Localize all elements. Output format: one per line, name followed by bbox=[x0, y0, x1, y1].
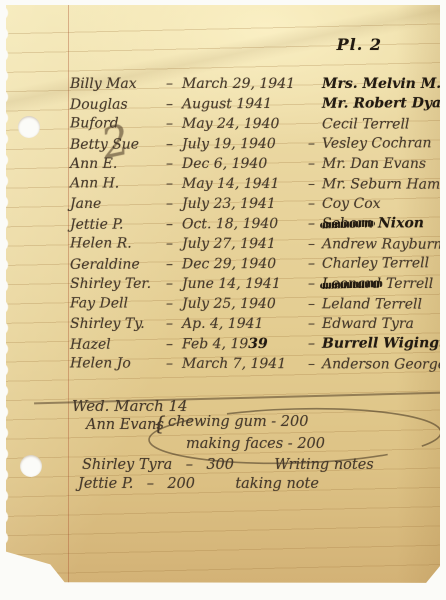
partner-name: Cecil Terrell bbox=[322, 116, 440, 132]
roster-row: Fay Dell–July 25, 1940–Leland Terrell bbox=[70, 295, 440, 316]
dash: – bbox=[308, 196, 322, 212]
demerit-count: 200 bbox=[167, 476, 225, 492]
roster-row: Buford–May 24, 1940Cecil Terrell bbox=[70, 115, 440, 136]
student-name: Buford bbox=[70, 115, 166, 131]
footer-row: Shirley Tyra–300Writing notes bbox=[82, 457, 374, 473]
demerit-note: Writing notes bbox=[274, 457, 373, 473]
student-name: Fay Dell bbox=[70, 295, 166, 311]
student-name: Billy Max bbox=[70, 76, 166, 92]
date: Oct. 18, 1940 bbox=[182, 216, 308, 233]
dash: – bbox=[308, 176, 322, 192]
date: May 14, 1941 bbox=[182, 176, 308, 192]
punch-hole bbox=[18, 116, 40, 138]
roster-row: Douglas–August 1941Mr. Robert Dyar bbox=[70, 95, 440, 117]
roster-row: Helen Jo–March 7, 1941–Anderson George bbox=[70, 355, 440, 376]
date: Dec 6, 1940 bbox=[182, 156, 308, 172]
student-name: Helen R. bbox=[70, 235, 166, 251]
demerit-item: chewing gum - 200 bbox=[168, 414, 308, 430]
dash: – bbox=[166, 136, 182, 152]
footer-student-name: Shirley Tyra bbox=[82, 457, 172, 473]
student-name: Douglas bbox=[70, 96, 166, 112]
dash: – bbox=[308, 156, 322, 172]
dash: – bbox=[172, 457, 206, 473]
student-name: Jettie P. bbox=[70, 216, 166, 232]
margin-line bbox=[68, 5, 69, 584]
dash: – bbox=[308, 296, 322, 312]
student-name: Jane bbox=[70, 196, 166, 212]
partner-name: Vesley Cochran bbox=[322, 135, 440, 152]
dash: – bbox=[133, 476, 167, 492]
roster-row: Geraldine–Dec 29, 1940–Charley Terrell bbox=[70, 255, 440, 277]
dash: – bbox=[166, 336, 182, 352]
footer-date-heading: Wed. March 14 bbox=[72, 397, 188, 415]
roster-row: Jettie P.–Oct. 18, 1940–SebornNixon bbox=[70, 215, 440, 237]
dash: – bbox=[308, 236, 322, 252]
dash: – bbox=[166, 296, 182, 312]
dash: – bbox=[166, 76, 182, 92]
dash: – bbox=[308, 356, 322, 372]
dash: – bbox=[166, 316, 182, 332]
page-label: Pl. 2 bbox=[337, 35, 382, 54]
dash: – bbox=[166, 176, 182, 192]
dash: – bbox=[166, 196, 182, 212]
partner-name: Mrs. Melvin M. Anglin bbox=[322, 76, 446, 92]
dash: – bbox=[166, 156, 182, 172]
date: July 23, 1941 bbox=[182, 196, 308, 212]
student-name: Ann E. bbox=[70, 156, 166, 172]
dash: – bbox=[308, 136, 322, 152]
partner-name: Charley Terrell bbox=[322, 255, 440, 272]
demerit-count: 300 bbox=[206, 457, 264, 473]
roster-row: Hazel–Feb 4, 1939–Burrell Wigington bbox=[70, 335, 440, 357]
partner-name: SebornNixon bbox=[322, 215, 440, 232]
dash: – bbox=[166, 216, 182, 232]
roster-row: Betty Sue–July 19, 1940–Vesley Cochran bbox=[70, 135, 440, 157]
dash: – bbox=[166, 356, 182, 372]
date: Feb 4, 1939 bbox=[182, 336, 308, 353]
roster-row: Shirley Ter.–June 14, 1941–LeonardTerrel… bbox=[70, 276, 440, 296]
dash: – bbox=[308, 256, 322, 272]
student-name: Helen Jo bbox=[70, 355, 166, 371]
dash: – bbox=[166, 96, 182, 112]
student-name: Hazel bbox=[70, 336, 166, 352]
scanned-page: 2 Pl. 2 Billy Max–March 29, 1941Mrs. Mel… bbox=[0, 0, 446, 600]
partner-roster: Billy Max–March 29, 1941Mrs. Melvin M. A… bbox=[70, 76, 440, 376]
dash: – bbox=[166, 116, 182, 132]
roster-row: Helen R.–July 27, 1941–Andrew Rayburn bbox=[70, 235, 440, 256]
partner-name: Mr. Robert Dyar bbox=[322, 95, 446, 112]
partner-name: Burrell Wigington bbox=[322, 335, 446, 352]
demerit-item: making faces - 200 bbox=[186, 436, 325, 452]
roster-row: Ann E.–Dec 6, 1940–Mr. Dan Evans bbox=[70, 156, 440, 176]
partner-name: Mr. Dan Evans bbox=[322, 156, 440, 172]
date: Ap. 4, 1941 bbox=[182, 316, 308, 332]
dash: – bbox=[166, 276, 182, 292]
roster-row: Shirley Ty.–Ap. 4, 1941–Edward Tyra bbox=[70, 316, 440, 336]
partner-name: Leland Terrell bbox=[322, 296, 440, 312]
student-name: Geraldine bbox=[70, 256, 166, 272]
student-name: Shirley Ter. bbox=[70, 276, 166, 292]
grouping-brace: { bbox=[153, 411, 166, 435]
date: March 7, 1941 bbox=[182, 356, 308, 372]
dash: – bbox=[308, 336, 322, 352]
scratched-name: Seborn bbox=[322, 215, 373, 231]
partner-name: Coy Cox bbox=[322, 196, 440, 212]
date: June 14, 1941 bbox=[182, 276, 308, 292]
partner-name: Edward Tyra bbox=[322, 316, 440, 332]
student-name: Betty Sue bbox=[70, 136, 166, 152]
date: July 27, 1941 bbox=[182, 236, 308, 252]
partner-name: LeonardTerrell bbox=[322, 276, 440, 292]
date: July 25, 1940 bbox=[182, 296, 308, 312]
date: May 24, 1940 bbox=[182, 116, 308, 132]
date: July 19, 1940 bbox=[182, 136, 308, 153]
date: March 29, 1941 bbox=[182, 76, 308, 92]
dash: – bbox=[166, 256, 182, 272]
roster-row: Billy Max–March 29, 1941Mrs. Melvin M. A… bbox=[70, 76, 440, 96]
partner-name: Anderson George bbox=[322, 356, 446, 372]
date: August 1941 bbox=[182, 96, 308, 113]
dash: – bbox=[308, 316, 322, 332]
student-name: Ann H. bbox=[70, 175, 166, 191]
footer-student-name: Jettie P. bbox=[78, 476, 133, 492]
footer-row: Jettie P.–200taking note bbox=[78, 476, 319, 492]
dash: – bbox=[166, 236, 182, 252]
partner-name: Andrew Rayburn bbox=[322, 236, 442, 252]
date: Dec 29, 1940 bbox=[182, 256, 308, 273]
punch-hole bbox=[20, 455, 42, 477]
roster-row: Ann H.–May 14, 1941–Mr. Seburn Hamm bbox=[70, 175, 440, 196]
partner-name: Mr. Seburn Hamm bbox=[322, 176, 446, 192]
demerit-note: taking note bbox=[235, 476, 319, 492]
date-overwrite: 39 bbox=[248, 336, 268, 352]
scratched-name: Leonard bbox=[322, 276, 381, 292]
torn-perforation-edge bbox=[0, 3, 13, 586]
notebook-paper: 2 Pl. 2 Billy Max–March 29, 1941Mrs. Mel… bbox=[6, 5, 440, 584]
student-name: Shirley Ty. bbox=[70, 316, 166, 332]
roster-row: Jane–July 23, 1941–Coy Cox bbox=[70, 196, 440, 216]
